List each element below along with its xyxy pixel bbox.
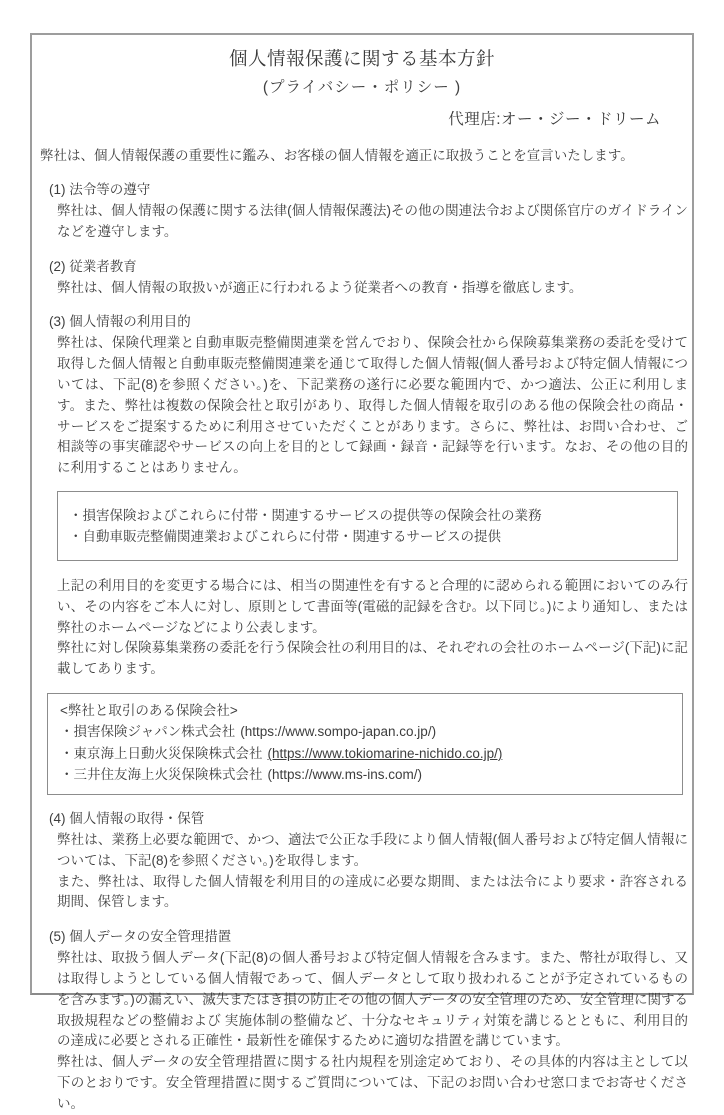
agency-line: 代理店:オー・ジー・ドリーム (32, 107, 692, 129)
section-2: (2) 従業者教育 弊社は、個人情報の取扱いが適正に行われるよう従業者への教育・… (32, 257, 692, 299)
intro-text: 弊社は、個人情報保護の重要性に鑑み、お客様の個人情報を適正に取扱うことを宣言いた… (40, 146, 686, 166)
section-1: (1) 法令等の遵守 弊社は、個人情報の保護に関する法律(個人情報保護法)その他… (32, 180, 692, 243)
page-title: 個人情報保護に関する基本方針 (32, 45, 692, 71)
change-policy-text: 上記の利用目的を変更する場合には、相当の関連性を有すると合理的に認められる範囲に… (57, 576, 688, 680)
insurer-item: ・三井住友海上火災保険株式会社(https://www.ms-ins.com/) (60, 764, 674, 786)
insurer-box-title: <弊社と取引のある保険会社> (60, 700, 674, 722)
purpose-item: ・自動車販売整備関連業およびこれらに付帯・関連するサービスの提供 (69, 526, 667, 547)
section-5-paragraph-1: 弊社は、取扱う個人データ(下記(8)の個人番号および特定個人情報を含みます。また… (57, 948, 688, 1024)
insurer-url-0: (https://www.sompo-japan.co.jp/) (240, 724, 436, 739)
insurer-url-2: (https://www.ms-ins.com/) (268, 767, 423, 782)
purpose-box: ・損害保険およびこれらに付帯・関連するサービスの提供等の保険会社の業務 ・自動車… (57, 491, 678, 561)
section-4-paragraph-1: 弊社は、業務上必要な範囲で、かつ、適法で公正な手段により個人情報(個人番号および… (57, 830, 688, 872)
insurer-name-2: ・三井住友海上火災保険株式会社 (60, 767, 263, 782)
insurer-name-1: ・東京海上日動火災保険株式会社 (60, 746, 263, 761)
section-4-paragraph-2: また、弊社は、取得した個人情報を利用目的の達成に必要な期間、または法令により要求… (57, 872, 688, 914)
document-page: 個人情報保護に関する基本方針 (プライバシー・ポリシー ) 代理店:オー・ジー・… (30, 33, 694, 995)
purpose-item: ・損害保険およびこれらに付帯・関連するサービスの提供等の保険会社の業務 (69, 505, 667, 526)
change-policy-paragraph-1: 上記の利用目的を変更する場合には、相当の関連性を有すると合理的に認められる範囲に… (57, 576, 688, 638)
section-4-heading: (4) 個人情報の取得・保管 (49, 809, 692, 829)
change-policy-paragraph-2: 弊社に対し保険募集業務の委託を行う保険会社の利用目的は、それぞれの会社のホームペ… (57, 638, 688, 680)
insurer-name-0: ・損害保険ジャパン株式会社 (60, 724, 235, 739)
section-2-heading: (2) 従業者教育 (49, 257, 692, 277)
section-5: (5) 個人データの安全管理措置 弊社は、取扱う個人データ(下記(8)の個人番号… (32, 927, 692, 1024)
page-subtitle: (プライバシー・ポリシー ) (32, 75, 692, 97)
section-4: (4) 個人情報の取得・保管 弊社は、業務上必要な範囲で、かつ、適法で公正な手段… (32, 809, 692, 913)
insurer-box: <弊社と取引のある保険会社> ・損害保険ジャパン株式会社(https://www… (47, 693, 683, 795)
section-1-paragraph: 弊社は、個人情報の保護に関する法律(個人情報保護法)その他の関連法令および関係官… (57, 201, 688, 243)
section-3-paragraph: 弊社は、保険代理業と自動車販売整備関連業を営んでおり、保険会社から保険募集業務の… (57, 333, 688, 479)
section-1-heading: (1) 法令等の遵守 (49, 180, 692, 200)
section-3: (3) 個人情報の利用目的 弊社は、保険代理業と自動車販売整備関連業を営んでおり… (32, 312, 692, 479)
insurer-url-1: (https://www.tokiomarine-nichido.co.jp/) (268, 746, 503, 761)
insurer-item: ・東京海上日動火災保険株式会社(https://www.tokiomarine-… (60, 743, 674, 765)
section-2-paragraph: 弊社は、個人情報の取扱いが適正に行われるよう従業者への教育・指導を徹底します。 (57, 278, 688, 299)
section-5-heading: (5) 個人データの安全管理措置 (49, 927, 692, 947)
section-3-heading: (3) 個人情報の利用目的 (49, 312, 692, 332)
insurer-item: ・損害保険ジャパン株式会社(https://www.sompo-japan.co… (60, 721, 674, 743)
